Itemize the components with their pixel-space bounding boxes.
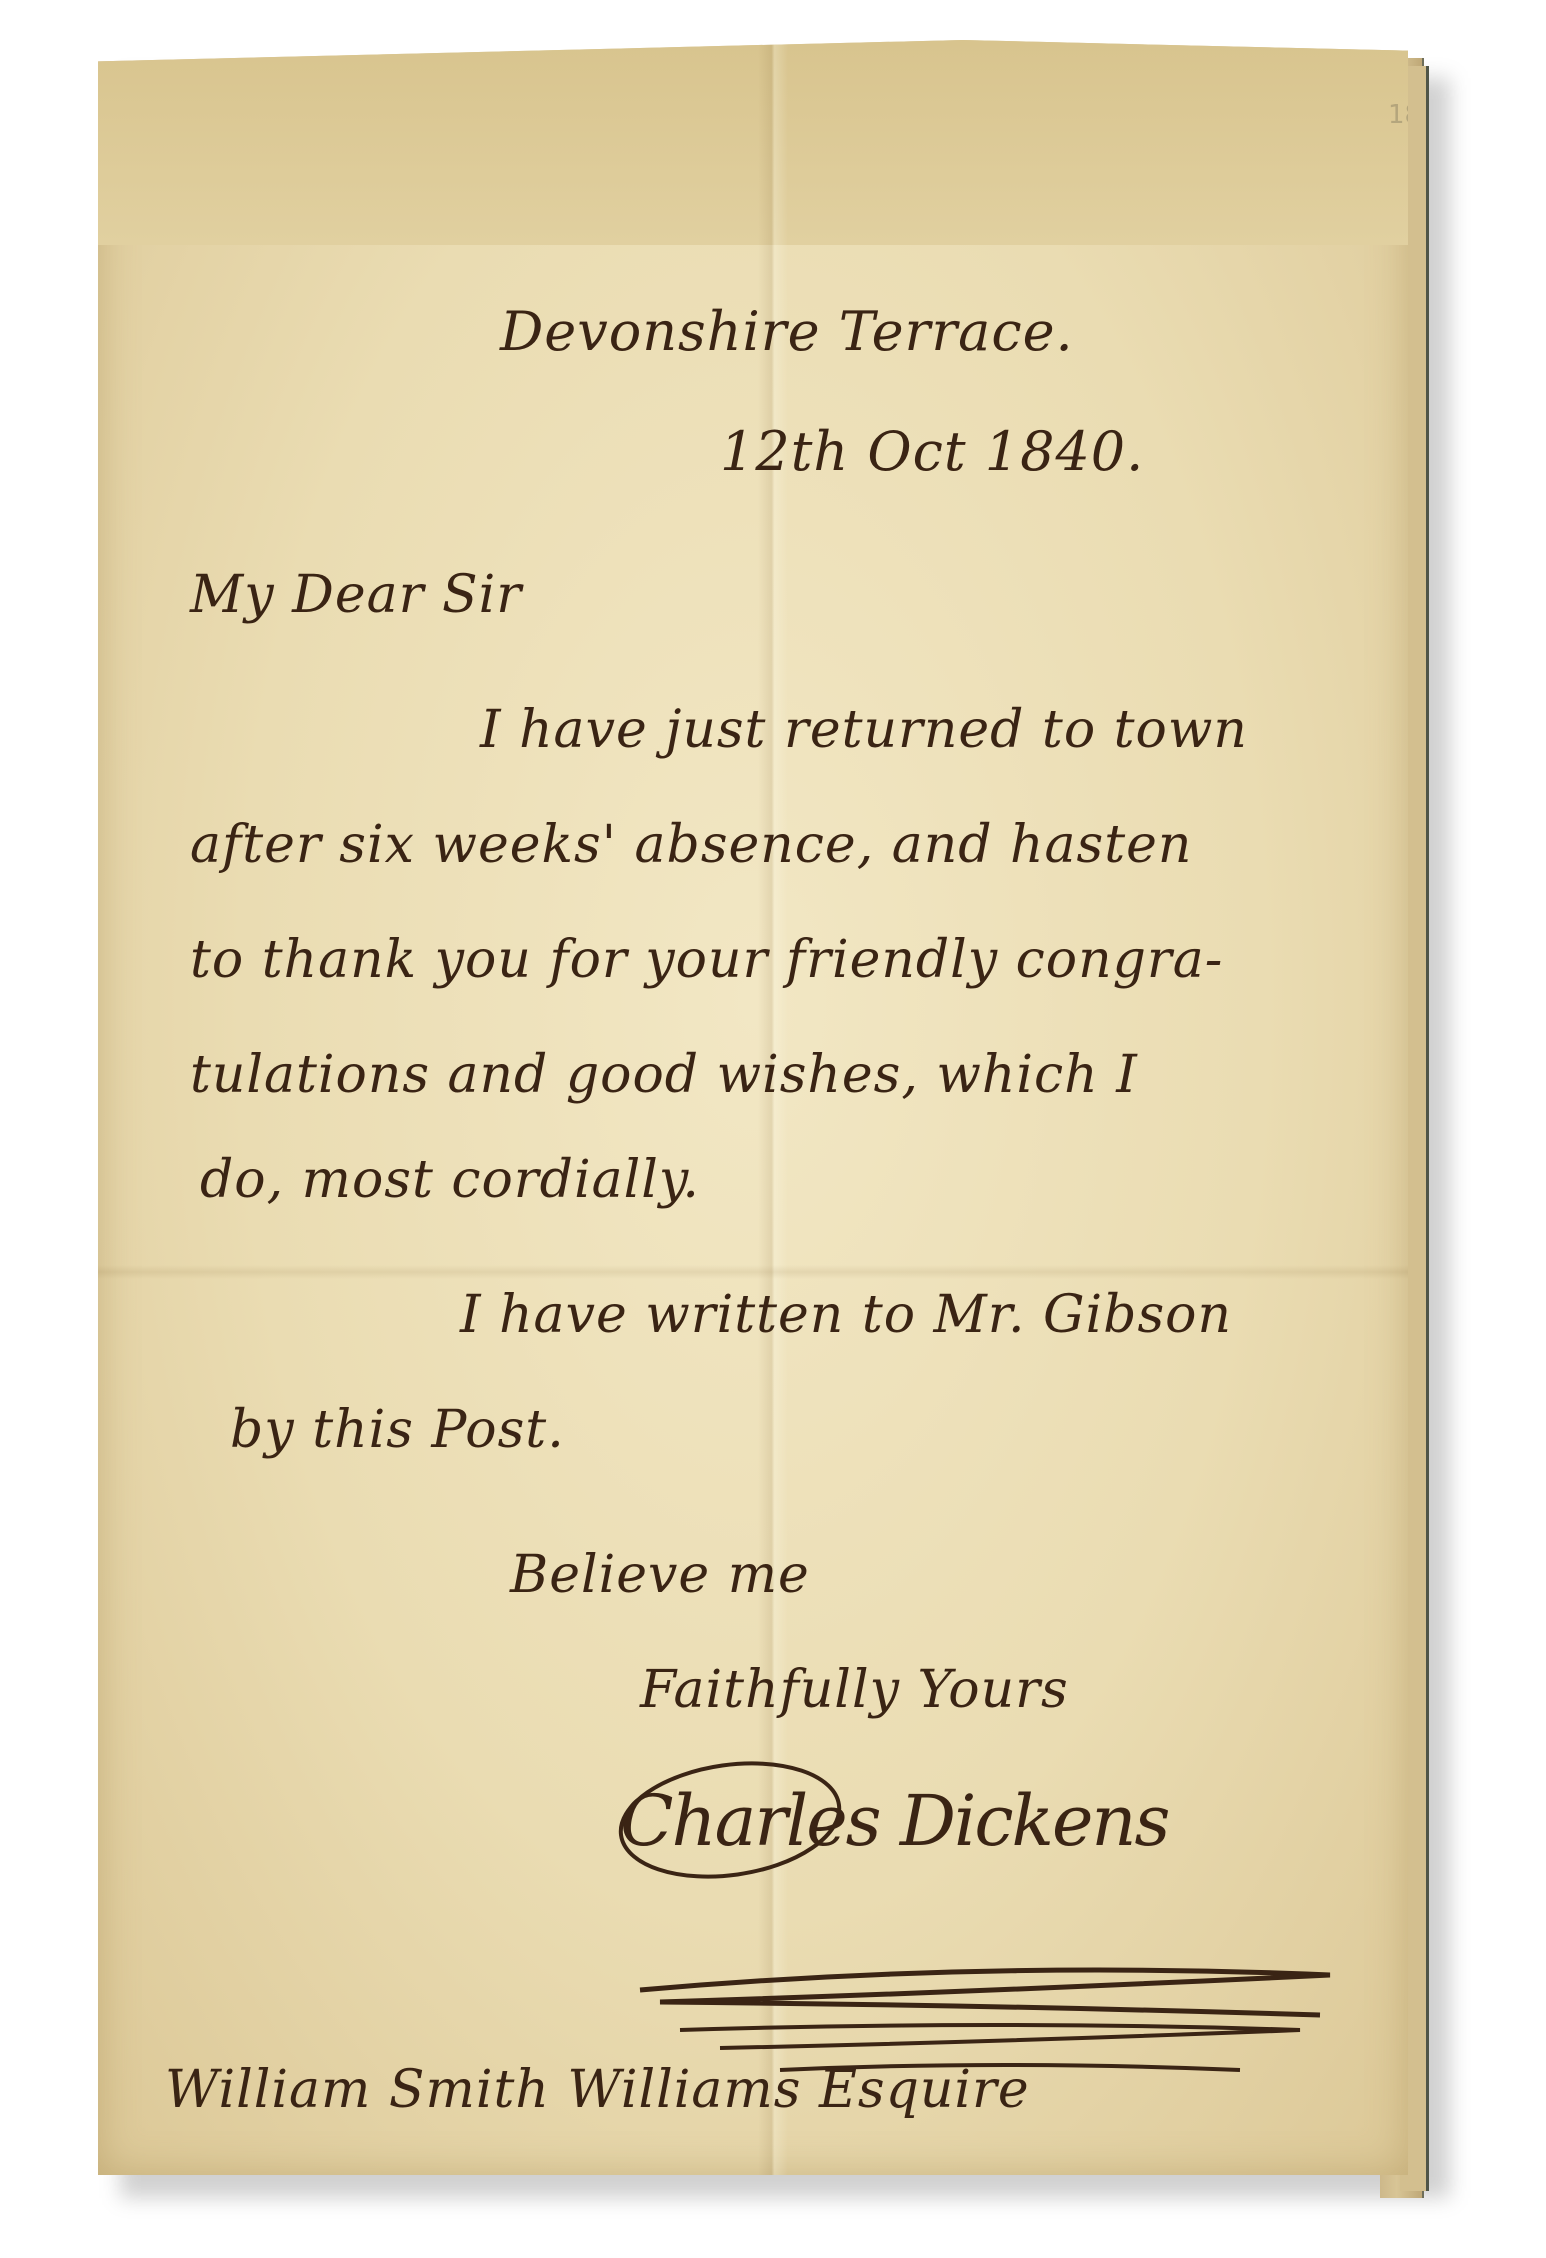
addressee: William Smith Williams Esquire (165, 2060, 1030, 2120)
body-line: do, most cordially. (200, 1150, 700, 1210)
closing-faithfully: Faithfully Yours (640, 1660, 1069, 1720)
body-line: after six weeks' absence, and hasten (190, 815, 1192, 875)
body-line: I have just returned to town (480, 700, 1248, 760)
signature: Charles Dickens (620, 1780, 1168, 1862)
body-line: by this Post. (230, 1400, 565, 1460)
body-line: I have written to Mr. Gibson (460, 1285, 1232, 1345)
salutation: My Dear Sir (190, 565, 522, 625)
closing-believe: Believe me (510, 1545, 810, 1605)
date: 12th Oct 1840. (720, 420, 1144, 483)
address: Devonshire Terrace. (500, 300, 1074, 363)
horizontal-fold (98, 1265, 1408, 1279)
body-line: tulations and good wishes, which I (190, 1045, 1138, 1105)
body-line: to thank you for your friendly congra- (190, 930, 1223, 990)
